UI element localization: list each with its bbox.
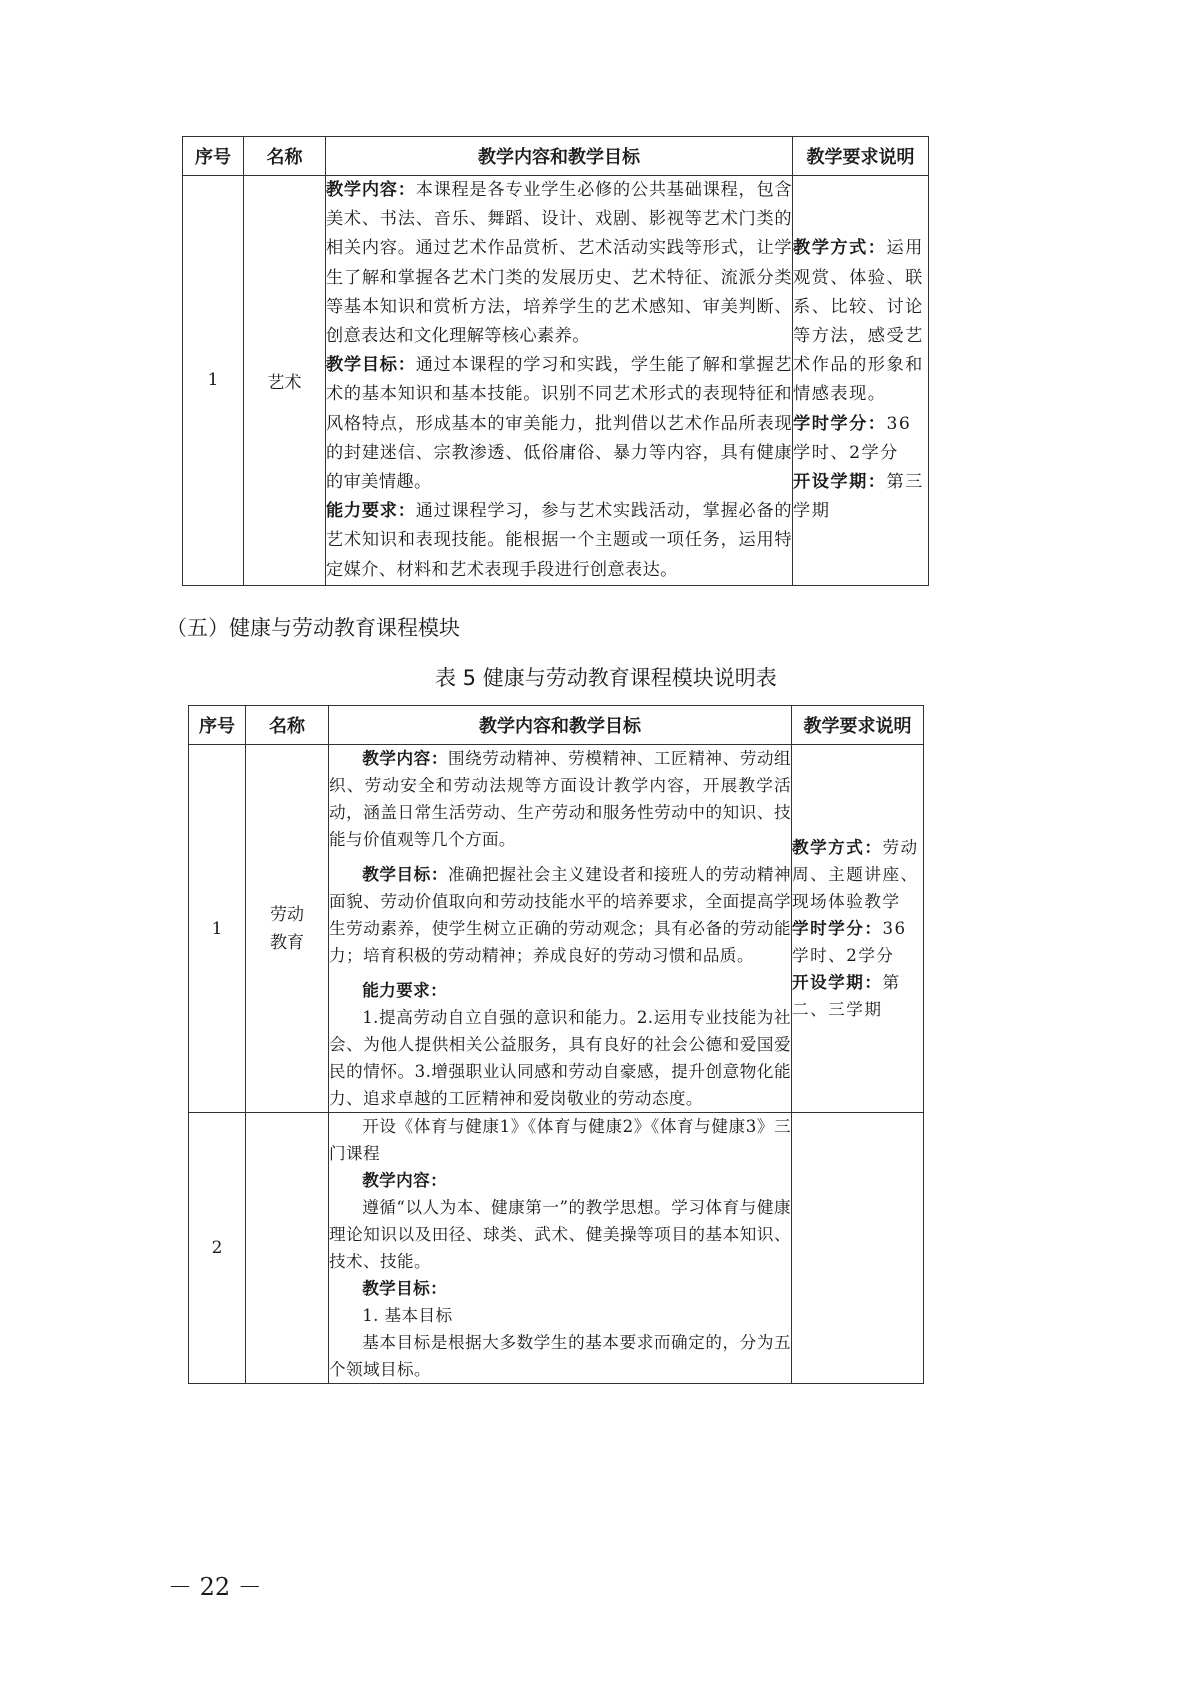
row-content: 开设《体育与健康1》《体育与健康2》《体育与健康3》三门课程 教学内容： 遵循“…: [329, 1113, 792, 1384]
header-requirements: 教学要求说明: [792, 706, 924, 745]
table-header-row: 序号 名称 教学内容和教学目标 教学要求说明: [189, 706, 924, 745]
objective-heading: 教学目标：: [329, 1275, 791, 1302]
ability-paragraph: 1.提高劳动自立自强的意识和能力。2.运用专业技能为社会、为他人提供相关公益服务…: [329, 1004, 791, 1112]
table-row: 2 开设《体育与健康1》《体育与健康2》《体育与健康3》三门课程 教学内容： 遵…: [189, 1113, 924, 1384]
req-hours-credits: 学时学分：36学时、2学分: [792, 915, 923, 969]
header-index: 序号: [189, 706, 246, 745]
content-heading: 教学内容：: [329, 1167, 791, 1194]
row-course-name: 劳动 教育: [246, 745, 329, 1113]
objective-text: 通过本课程的学习和实践，学生能了解和掌握艺术的基本知识和基本技能。识别不同艺术形…: [326, 355, 792, 492]
art-course-table: 序号 名称 教学内容和教学目标 教学要求说明 1 艺术 教学内容：本课程是各专业…: [182, 136, 929, 586]
ability-label: 能力要求：: [326, 501, 416, 521]
content-paragraph: 教学内容：本课程是各专业学生必修的公共基础课程，包含美术、书法、音乐、舞蹈、设计…: [326, 176, 792, 351]
health-labor-course-table: 序号 名称 教学内容和教学目标 教学要求说明 1 劳动 教育 教学内容：围绕劳动…: [188, 705, 924, 1384]
req-method: 教学方式：劳动周、主题讲座、现场体验教学: [792, 834, 923, 915]
objective-paragraph: 教学目标：准确把握社会主义建设者和接班人的劳动精神面貌、劳动价值取向和劳动技能水…: [329, 861, 791, 969]
row-requirements: 教学方式：劳动周、主题讲座、现场体验教学 学时学分：36学时、2学分 开设学期：…: [792, 745, 924, 1113]
header-name: 名称: [244, 137, 326, 176]
section-heading: （五）健康与劳动教育课程模块: [166, 612, 460, 642]
req-method: 教学方式：运用观赏、体验、联系、比较、讨论等方法，感受艺术作品的形象和情感表现。: [793, 234, 928, 409]
content-paragraph: 能力要求：通过课程学习，参与艺术实践活动，掌握必备的艺术知识和表现技能。能根据一…: [326, 497, 792, 585]
table-row: 1 劳动 教育 教学内容：围绕劳动精神、劳模精神、工匠精神、劳动组织、劳动安全和…: [189, 745, 924, 1113]
header-index: 序号: [183, 137, 244, 176]
req-hours-credits: 学时学分：36学时、2学分: [793, 410, 928, 468]
req-semester: 开设学期：第三学期: [793, 468, 928, 526]
row-requirements: 教学方式：运用观赏、体验、联系、比较、讨论等方法，感受艺术作品的形象和情感表现。…: [793, 176, 929, 586]
row-requirements: [792, 1113, 924, 1384]
content-label: 教学内容：: [326, 180, 416, 200]
objective-label: 教学目标：: [326, 355, 416, 375]
row-index: 1: [183, 176, 244, 586]
content-paragraph: 教学目标：通过本课程的学习和实践，学生能了解和掌握艺术的基本知识和基本技能。识别…: [326, 351, 792, 497]
courses-intro: 开设《体育与健康1》《体育与健康2》《体育与健康3》三门课程: [329, 1113, 791, 1167]
basic-objective-title: 1. 基本目标: [329, 1302, 791, 1329]
row-index: 1: [189, 745, 246, 1113]
header-requirements: 教学要求说明: [793, 137, 929, 176]
row-content: 教学内容：本课程是各专业学生必修的公共基础课程，包含美术、书法、音乐、舞蹈、设计…: [326, 176, 793, 586]
row-course-name: 艺术: [244, 176, 326, 586]
content-paragraph: 遵循“以人为本、健康第一”的教学思想。学习体育与健康理论知识以及田径、球类、武术…: [329, 1194, 791, 1275]
header-name: 名称: [246, 706, 329, 745]
basic-objective-paragraph: 基本目标是根据大多数学生的基本要求而确定的，分为五个领域目标。: [329, 1329, 791, 1383]
row-content: 教学内容：围绕劳动精神、劳模精神、工匠精神、劳动组织、劳动安全和劳动法规等方面设…: [329, 745, 792, 1113]
row-index: 2: [189, 1113, 246, 1384]
table-row: 1 艺术 教学内容：本课程是各专业学生必修的公共基础课程，包含美术、书法、音乐、…: [183, 176, 929, 586]
header-content: 教学内容和教学目标: [326, 137, 793, 176]
page-number: － 22 －: [168, 1567, 262, 1602]
content-text: 本课程是各专业学生必修的公共基础课程，包含美术、书法、音乐、舞蹈、设计、戏剧、影…: [326, 180, 792, 346]
content-paragraph: 教学内容：围绕劳动精神、劳模精神、工匠精神、劳动组织、劳动安全和劳动法规等方面设…: [329, 745, 791, 853]
ability-heading: 能力要求：: [329, 977, 791, 1004]
header-content: 教学内容和教学目标: [329, 706, 792, 745]
table-header-row: 序号 名称 教学内容和教学目标 教学要求说明: [183, 137, 929, 176]
table-caption: 表 5 健康与劳动教育课程模块说明表: [435, 662, 777, 692]
req-semester: 开设学期：第二、三学期: [792, 969, 923, 1023]
row-course-name: [246, 1113, 329, 1384]
